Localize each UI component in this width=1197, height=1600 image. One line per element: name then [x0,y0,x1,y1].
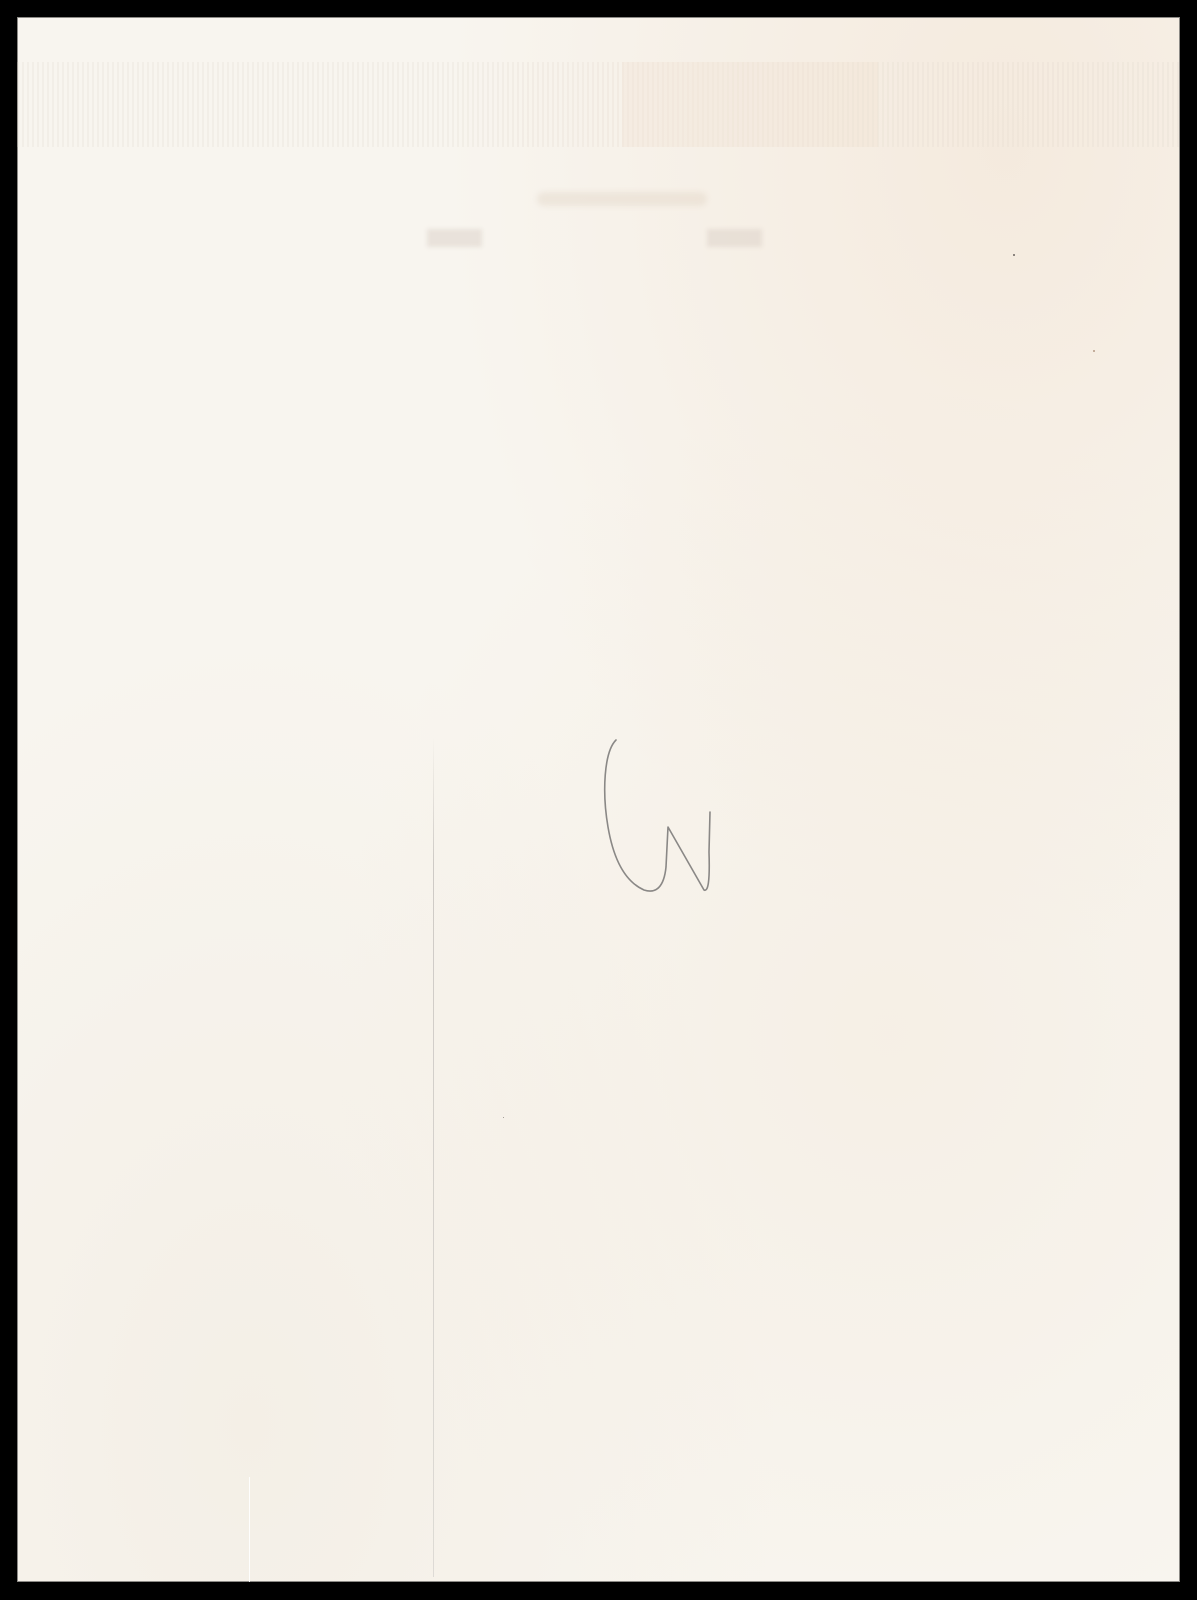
paper-speck [1093,350,1095,352]
paper-speck [1013,254,1015,256]
paper-crease-bottom [249,1477,250,1582]
showthrough-band [17,62,1180,147]
paper-crease [433,737,434,1577]
paper-speck [503,1117,504,1118]
scan-frame: W [0,0,1197,1600]
pencil-stroke [605,740,710,891]
handwritten-pencil-mark: W [594,732,734,907]
showthrough-title [537,192,707,206]
document-page: W [17,17,1180,1582]
showthrough-label-right [707,229,762,247]
showthrough-label-left [427,229,482,247]
